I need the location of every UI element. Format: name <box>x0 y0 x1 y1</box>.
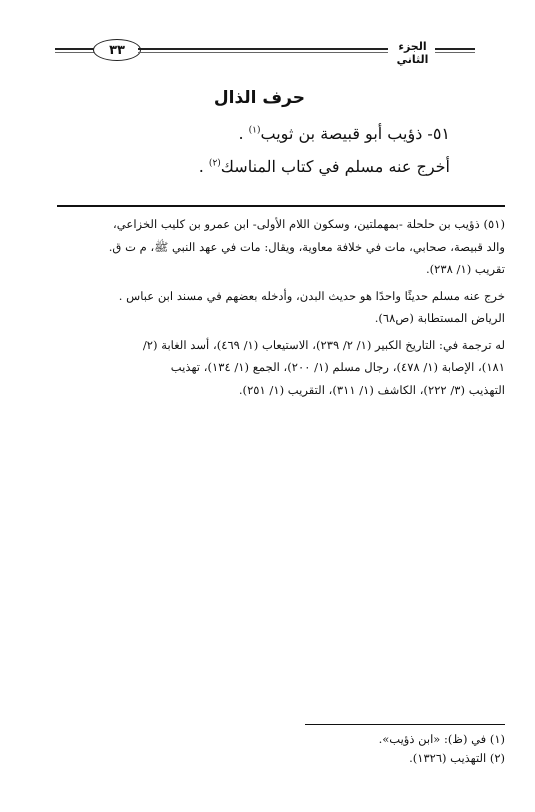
commentary-line: ١٨١)، الإصابة (١/ ٤٧٨)، رجال مسلم (١/ ٢٠… <box>55 356 505 379</box>
page-number: ٣٣ <box>109 43 125 58</box>
footnotes: (١) في (ظ): «ابن ذؤيب». (٢) التهذيب (١٣٢… <box>285 730 505 768</box>
commentary-paragraph-sources: له ترجمة في: التاريخ الكبير (١/ ٢/ ٢٣٩)،… <box>55 334 505 402</box>
running-header: ٣٣ الجزء الثاني <box>55 38 475 62</box>
commentary-line: والد قبيصة، صحابي، مات في خلافة معاوية، … <box>55 236 505 259</box>
document-page: ٣٣ الجزء الثاني حرف الذال ٥١- ذؤيب أبو ق… <box>0 0 535 812</box>
section-heading: حرف الذال <box>214 88 305 108</box>
page-number-oval: ٣٣ <box>93 39 141 61</box>
commentary-line: التهذيب (٣/ ٢٢٢)، الكاشف (١/ ٣١١)، التقر… <box>55 379 505 402</box>
commentary-line: (٥١) ذؤيب بن حلحلة -بمهملتين، وسكون اللا… <box>55 213 505 236</box>
header-rule-left <box>55 48 95 53</box>
commentary-paragraph-bio: (٥١) ذؤيب بن حلحلة -بمهملتين، وسكون اللا… <box>55 213 505 281</box>
entry-punct: . <box>238 124 248 143</box>
commentary-line: تقريب (١/ ٢٣٨). <box>55 258 505 281</box>
header-rule-middle <box>138 48 388 53</box>
entry-line-1: ٥١- ذؤيب أبو قبيصة بن ثويب(١) . <box>238 124 450 143</box>
footnote-1: (١) في (ظ): «ابن ذؤيب». <box>285 730 505 749</box>
entry-source: أخرج عنه مسلم في كتاب المناسك <box>221 157 450 176</box>
commentary-line: له ترجمة في: التاريخ الكبير (١/ ٢/ ٢٣٩)،… <box>55 334 505 357</box>
footnote-2: (٢) التهذيب (١٣٢٦). <box>285 749 505 768</box>
header-rule-right <box>435 48 475 53</box>
commentary-line: خرج عنه مسلم حديثًا واحدًا هو حديث البدن… <box>55 285 505 308</box>
commentary-line: الرياض المستطابة (ص٦٨). <box>55 307 505 330</box>
entry-name: ٥١- ذؤيب أبو قبيصة بن ثويب <box>261 124 450 143</box>
commentary-block: (٥١) ذؤيب بن حلحلة -بمهملتين، وسكون اللا… <box>55 213 505 405</box>
part-title: الجزء الثاني <box>390 40 435 66</box>
commentary-paragraph-hadith: خرج عنه مسلم حديثًا واحدًا هو حديث البدن… <box>55 285 505 330</box>
entry-punct: . <box>199 157 209 176</box>
footnote-ref-1[interactable]: (١) <box>249 126 261 136</box>
footnote-divider <box>305 724 505 725</box>
footnote-ref-2[interactable]: (٢) <box>209 159 221 169</box>
commentary-divider <box>57 205 505 207</box>
entry-line-2: أخرج عنه مسلم في كتاب المناسك(٢) . <box>199 157 450 176</box>
